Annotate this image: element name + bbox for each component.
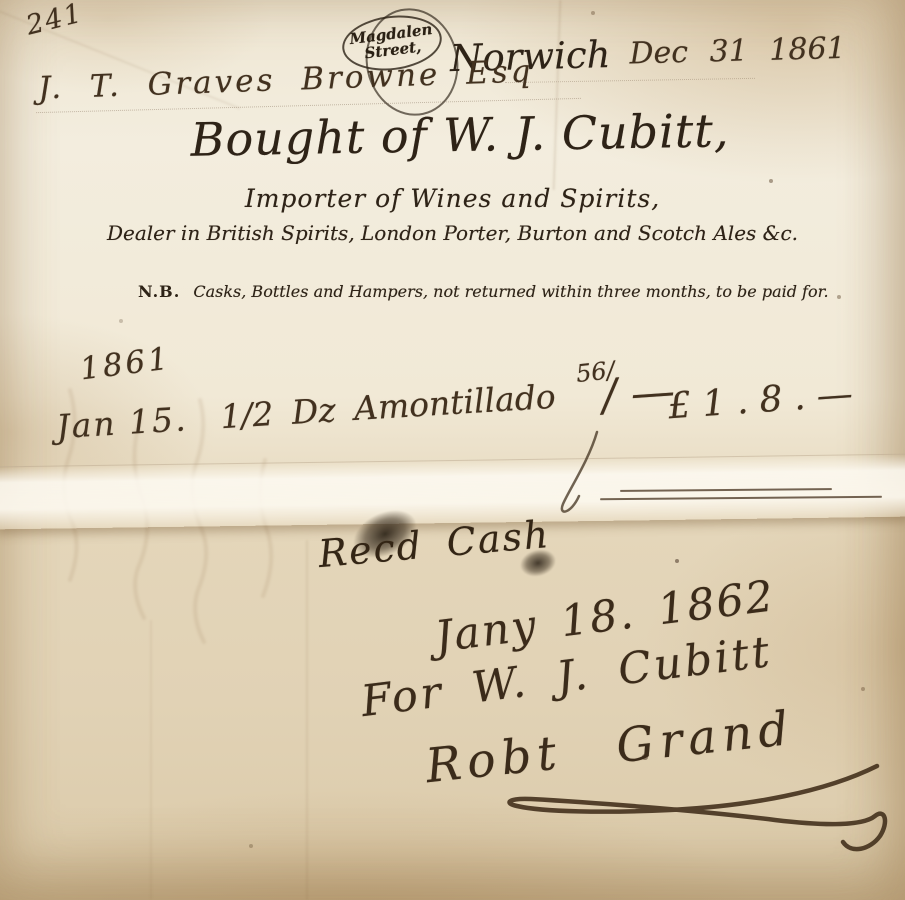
invoice-document: 241 Magdalen Street, Norwich Dec 31 1861… [0,0,905,900]
customer-name: J. T. Graves Browne Esq [38,53,535,106]
notice-label: N.B. [138,282,180,301]
bought-of-line: Bought of W. J. Cubitt, [175,103,746,167]
pen-descender-stroke [545,430,625,520]
trade-description-1: Importer of Wines and Spirits, [0,184,905,213]
vertical-crease [553,0,562,190]
notice-line: N.B. Casks, Bottles and Hampers, not ret… [138,282,829,301]
trade-description-2: Dealer in British Spirits, London Porter… [0,221,905,245]
ledger-rate-mark: / — [600,366,676,422]
dateline-date: Dec 31 1861 [629,31,846,72]
ledger-entry-date: Jan 15. [55,399,188,446]
ledger-amount: £ 1 . 8 . — [667,374,854,428]
signature-flourish [495,762,890,862]
folio-number: 241 [23,0,86,42]
fold-crease [0,454,905,530]
paper-specks [0,0,2,2]
notice-text: Casks, Bottles and Hampers, not returned… [193,282,828,301]
